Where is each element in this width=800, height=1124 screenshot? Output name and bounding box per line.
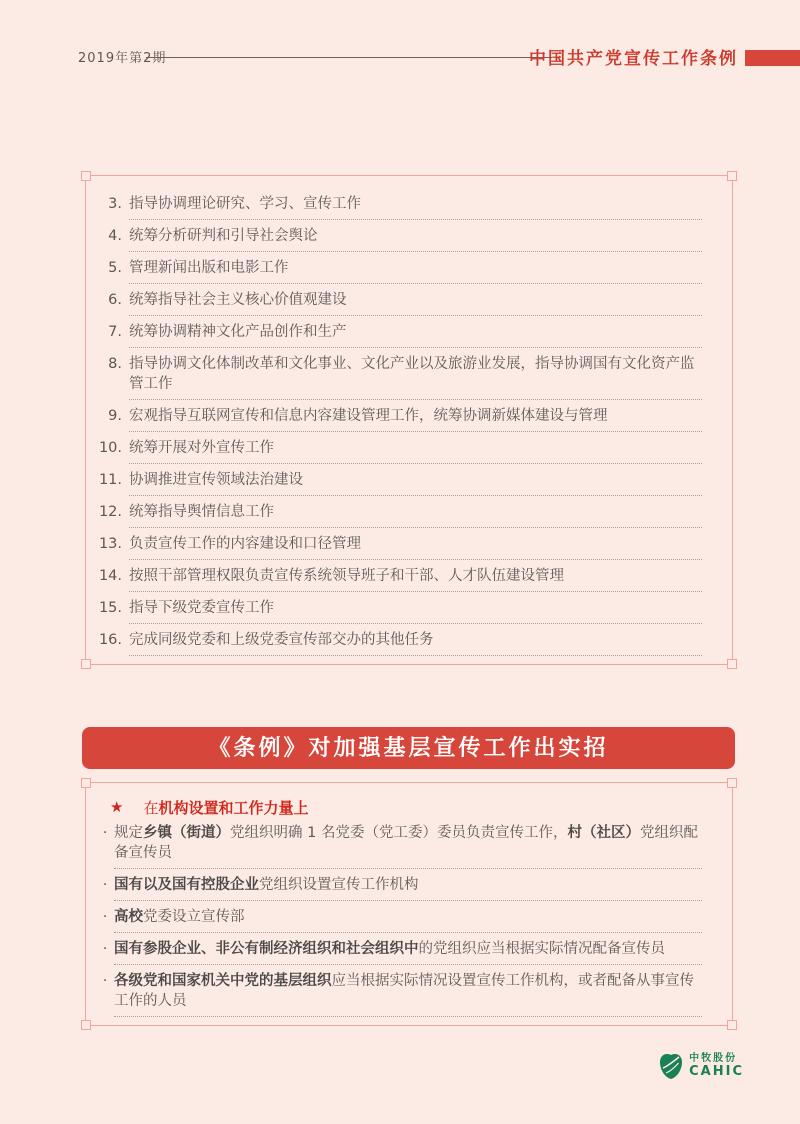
duty-number: 11.	[96, 470, 129, 496]
header-accent-bar	[745, 50, 800, 66]
bullet-dot-icon: ·	[96, 939, 114, 965]
duty-number: 12.	[96, 502, 129, 528]
duty-text: 指导下级党委宣传工作	[129, 598, 702, 624]
measures-heading-emphasis: 机构设置和工作力量上	[158, 797, 308, 818]
duty-text: 统筹协调精神文化产品创作和生产	[129, 322, 702, 348]
section-banner-title: 《条例》对加强基层宣传工作出实招	[208, 735, 608, 761]
duty-number: 5.	[96, 258, 129, 284]
frame-corner-icon	[81, 778, 91, 788]
measures-heading: ★ 在 机构设置和工作力量上	[110, 797, 702, 817]
footer-logo: 中牧股份 CAHIC	[658, 1052, 744, 1080]
bullet-dot-icon: ·	[96, 971, 114, 1017]
frame-corner-icon	[727, 1020, 737, 1030]
frame-corner-icon	[727, 659, 737, 669]
duty-item: 14.按照干部管理权限负责宣传系统领导班子和干部、人才队伍建设管理	[96, 566, 702, 592]
duty-item: 6.统筹指导社会主义核心价值观建设	[96, 290, 702, 316]
duty-text: 管理新闻出版和电影工作	[129, 258, 702, 284]
duty-text: 协调推进宣传领域法治建设	[129, 470, 702, 496]
duty-text: 指导协调理论研究、学习、宣传工作	[129, 194, 702, 220]
duty-item: 8.指导协调文化体制改革和文化事业、文化产业以及旅游业发展，指导协调国有文化资产…	[96, 354, 702, 400]
logo-en-label: CAHIC	[689, 1065, 744, 1079]
duty-text: 按照干部管理权限负责宣传系统领导班子和干部、人才队伍建设管理	[129, 566, 702, 592]
measure-item: ·国有以及国有控股企业党组织设置宣传工作机构	[96, 875, 702, 901]
header-rule	[146, 57, 552, 58]
frame-corner-icon	[81, 659, 91, 669]
page: 2019年第2期 中国共产党宣传工作条例 3.指导协调理论研究、学习、宣传工作4…	[0, 0, 800, 1124]
duty-item: 9.宏观指导互联网宣传和信息内容建设管理工作，统筹协调新媒体建设与管理	[96, 406, 702, 432]
duty-text: 统筹开展对外宣传工作	[129, 438, 702, 464]
duty-text: 负责宣传工作的内容建设和口径管理	[129, 534, 702, 560]
measure-item: ·高校党委设立宣传部	[96, 907, 702, 933]
duty-item: 3.指导协调理论研究、学习、宣传工作	[96, 194, 702, 220]
measure-text: 国有参股企业、非公有制经济组织和社会组织中的党组织应当根据实际情况配备宣传员	[114, 939, 702, 965]
measures-heading-prefix: 在	[143, 797, 158, 818]
bullet-dot-icon: ·	[96, 875, 114, 901]
section-banner: 《条例》对加强基层宣传工作出实招	[82, 727, 735, 769]
duty-text: 完成同级党委和上级党委宣传部交办的其他任务	[129, 630, 702, 656]
measures-box: ★ 在 机构设置和工作力量上 ·规定乡镇（街道）党组织明确 1 名党委（党工委）…	[85, 782, 733, 1026]
duty-number: 4.	[96, 226, 129, 252]
duty-item: 5.管理新闻出版和电影工作	[96, 258, 702, 284]
duty-item: 4.统筹分析研判和引导社会舆论	[96, 226, 702, 252]
duty-item: 16.完成同级党委和上级党委宣传部交办的其他任务	[96, 630, 702, 656]
cahic-logo-icon	[658, 1052, 684, 1080]
bullet-dot-icon: ·	[96, 907, 114, 933]
duty-item: 13.负责宣传工作的内容建设和口径管理	[96, 534, 702, 560]
duty-item: 7.统筹协调精神文化产品创作和生产	[96, 322, 702, 348]
duty-number: 13.	[96, 534, 129, 560]
duty-text: 宏观指导互联网宣传和信息内容建设管理工作，统筹协调新媒体建设与管理	[129, 406, 702, 432]
duty-number: 16.	[96, 630, 129, 656]
frame-corner-icon	[81, 1020, 91, 1030]
bullet-dot-icon: ·	[96, 823, 114, 869]
measure-text: 高校党委设立宣传部	[114, 907, 702, 933]
frame-corner-icon	[81, 171, 91, 181]
duty-number: 9.	[96, 406, 129, 432]
frame-corner-icon	[727, 778, 737, 788]
duty-number: 7.	[96, 322, 129, 348]
measure-item: ·规定乡镇（街道）党组织明确 1 名党委（党工委）委员负责宣传工作，村（社区）党…	[96, 823, 702, 869]
measures-list: ·规定乡镇（街道）党组织明确 1 名党委（党工委）委员负责宣传工作，村（社区）党…	[96, 823, 702, 1017]
duty-number: 6.	[96, 290, 129, 316]
duty-item: 11.协调推进宣传领域法治建设	[96, 470, 702, 496]
duty-text: 指导协调文化体制改革和文化事业、文化产业以及旅游业发展，指导协调国有文化资产监管…	[129, 354, 702, 400]
duties-list: 3.指导协调理论研究、学习、宣传工作4.统筹分析研判和引导社会舆论5.管理新闻出…	[96, 194, 702, 656]
duty-text: 统筹指导社会主义核心价值观建设	[129, 290, 702, 316]
measure-text: 各级党和国家机关中党的基层组织应当根据实际情况设置宣传工作机构，或者配备从事宣传…	[114, 971, 702, 1017]
duty-number: 8.	[96, 354, 129, 400]
duty-text: 统筹分析研判和引导社会舆论	[129, 226, 702, 252]
duty-number: 3.	[96, 194, 129, 220]
measure-text: 规定乡镇（街道）党组织明确 1 名党委（党工委）委员负责宣传工作，村（社区）党组…	[114, 823, 702, 869]
duty-item: 10.统筹开展对外宣传工作	[96, 438, 702, 464]
measure-text: 国有以及国有控股企业党组织设置宣传工作机构	[114, 875, 702, 901]
header-title: 中国共产党宣传工作条例	[529, 44, 738, 69]
measure-item: ·各级党和国家机关中党的基层组织应当根据实际情况设置宣传工作机构，或者配备从事宣…	[96, 971, 702, 1017]
duty-item: 12.统筹指导舆情信息工作	[96, 502, 702, 528]
duties-box: 3.指导协调理论研究、学习、宣传工作4.统筹分析研判和引导社会舆论5.管理新闻出…	[85, 175, 733, 665]
duty-item: 15.指导下级党委宣传工作	[96, 598, 702, 624]
star-icon: ★	[110, 798, 123, 816]
duty-text: 统筹指导舆情信息工作	[129, 502, 702, 528]
frame-corner-icon	[727, 171, 737, 181]
measure-item: ·国有参股企业、非公有制经济组织和社会组织中的党组织应当根据实际情况配备宣传员	[96, 939, 702, 965]
duty-number: 15.	[96, 598, 129, 624]
duty-number: 10.	[96, 438, 129, 464]
duty-number: 14.	[96, 566, 129, 592]
